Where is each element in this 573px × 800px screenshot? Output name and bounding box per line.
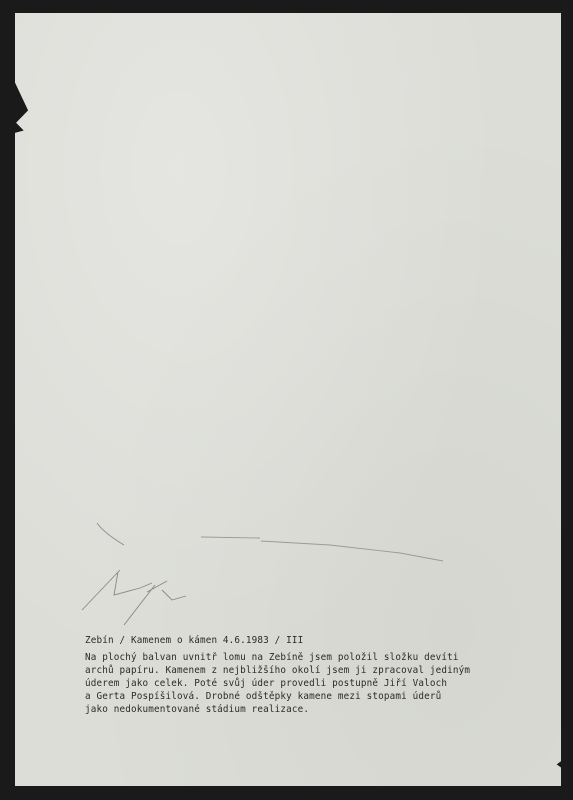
body-line-3: úderem jako celek. Poté svůj úder proved… (85, 677, 470, 690)
body-line-2: archů papíru. Kamenem z nejbližšího okol… (85, 664, 470, 677)
typed-caption: Zebín / Kamenem o kámen 4.6.1983 / III N… (85, 634, 470, 716)
body-line-4: a Gerta Pospíšilová. Drobné odštěpky kam… (85, 690, 470, 703)
document-title: Zebín / Kamenem o kámen 4.6.1983 / III (85, 634, 470, 647)
body-line-5: jako nedokumentované stádium realizace. (85, 703, 470, 716)
body-line-1: Na plochý balvan uvnitř lomu na Zebíně j… (85, 651, 470, 664)
